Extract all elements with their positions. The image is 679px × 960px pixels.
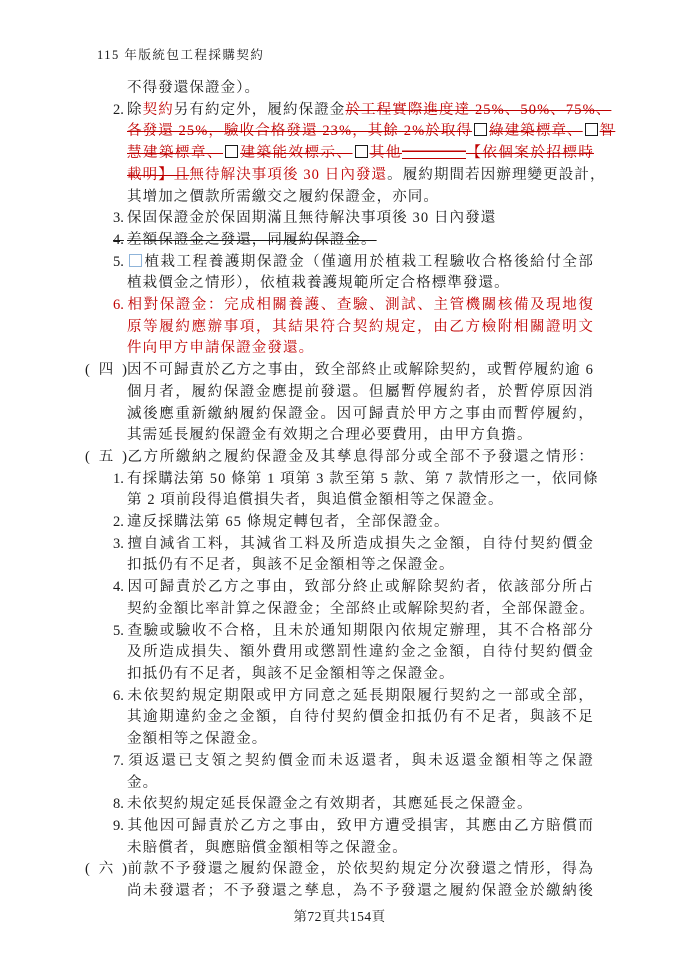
text-segment: 載明】且 (127, 167, 189, 183)
text-segment: 除 (127, 102, 143, 118)
text-segment: 原等履約應辦事項，其結果符合契約規定，由乙方檢附相關證明文 (127, 319, 594, 335)
text-line: 件向甲方申請保證金發還。 (0, 338, 679, 360)
text-segment: 未依契約規定期限或甲方同意之延長期限履行契約之一部或全部， (127, 688, 594, 704)
text-segment: 金。 (127, 775, 158, 791)
text-segment: 相對保證金：完成相關養護、查驗、測試、主管機關核備及現地復 (127, 297, 594, 313)
text-line: 5.查驗或驗收不合格，且未於通知期限內依規定辦理，其不合格部分 (0, 621, 679, 643)
checkbox-icon (474, 123, 487, 136)
text-line: 未賠償者，與應賠償金額相等之保證金。 (0, 838, 679, 860)
list-marker: 4. (113, 577, 127, 599)
text-line: 個月者，履約保證金應提前發還。但屬暫停履約者，於暫停原因消 (0, 382, 679, 404)
list-marker: 5. (113, 621, 127, 643)
text-segment: 植栽工程養護期保證金（僅適用於植栽工程驗收合格後給付全部 (144, 254, 594, 270)
text-line: 6.相對保證金：完成相關養護、查驗、測試、主管機關核備及現地復 (0, 295, 679, 317)
text-segment: 扣抵仍有不足者，與該不足金額相等之保證金。 (127, 557, 455, 573)
checkbox-icon (585, 123, 598, 136)
text-line: 慧建築標章、建築能效標示、其他【依個案於招標時 (0, 143, 679, 165)
list-marker: 3. (113, 534, 127, 556)
text-line: 尚未發還者；不予發還之孳息，為不予發還之履約保證金於繳納後 (0, 881, 679, 903)
text-segment: 。履約期間若因辦理變更設計， (387, 167, 605, 183)
text-segment: 因可歸責於乙方之事由，致部分終止或解除契約者，依該部分所占 (127, 579, 594, 595)
text-segment: 未賠償者，與應賠償金額相等之保證金。 (127, 840, 408, 856)
text-line: 原等履約應辦事項，其結果符合契約規定，由乙方檢附相關證明文 (0, 317, 679, 339)
text-segment: 【依個案於招標時 (466, 145, 594, 161)
text-segment: 及所造成損失、額外費用或懲罰性違約金之金額，自待付契約價金 (127, 644, 594, 660)
text-line: 載明】且無待解決事項後 30 日內發還。履約期間若因辦理變更設計， (0, 165, 679, 187)
text-segment: 擅自減省工料，其減省工料及所造成損失之金額，自待付契約價金 (127, 536, 594, 552)
list-marker: 2. (113, 512, 127, 534)
text-segment: 其逾期違約金之金額，自待付契約價金扣抵仍有不足者，與該不足 (127, 709, 594, 725)
text-line: 6.未依契約規定期限或甲方同意之延長期限履行契約之一部或全部， (0, 686, 679, 708)
text-segment: 無待解決事項後 30 日內發還 (189, 167, 387, 183)
text-line: 5.植栽工程養護期保證金（僅適用於植栽工程驗收合格後給付全部 (0, 252, 679, 274)
text-line: 滅後應重新繳納履約保證金。因可歸責於甲方之事由而暫停履約， (0, 404, 679, 426)
text-line: 契約金額比率計算之保證金；全部終止或解除契約者，全部保證金。 (0, 599, 679, 621)
text-segment: 不得發還保證金）。 (127, 80, 260, 96)
document-header: 115 年版統包工程採購契約 (97, 45, 264, 63)
text-line: 2.除契約另有約定外，履約保證金於工程實際進度達 25%、50%、75%、 (0, 100, 679, 122)
text-line: 扣抵仍有不足者，與該不足金額相等之保證金。 (0, 555, 679, 577)
text-line: 植栽價金之情形），依植栽養護規範所定合格標準發還。 (0, 273, 679, 295)
list-marker: 7. (113, 751, 127, 773)
text-segment: 個月者，履約保證金應提前發還。但屬暫停履約者，於暫停原因消 (127, 384, 594, 400)
checkbox-icon (355, 145, 368, 158)
list-marker: 3. (113, 208, 127, 230)
text-segment: 植栽價金之情形），依植栽養護規範所定合格標準發還。 (127, 275, 510, 291)
text-segment: 其他因可歸責於乙方之事由，致甲方遭受損害，其應由乙方賠償而 (127, 818, 594, 834)
list-marker: (五) (85, 447, 127, 469)
text-line: 其增加之價款所需繳交之履約保證金，亦同。 (0, 187, 679, 209)
text-line: 1.有採購法第 50 條第 1 項第 3 款至第 5 款、第 7 款情形之一，依… (0, 469, 679, 491)
text-segment: 金額相等之保證金。 (127, 731, 267, 747)
text-segment: 因不可歸責於乙方之事由，致全部終止或解除契約，或暫停履約逾 6 (127, 362, 594, 378)
text-segment: 慧建築標章、 (127, 145, 223, 161)
list-marker: 5. (113, 252, 127, 274)
text-segment: 建築能效標示、 (240, 145, 352, 161)
text-segment: 保固保證金於保固期滿且無待解決事項後 30 日內發還 (127, 210, 496, 226)
text-line: 第 2 項前段得追償損失者，與追償金額相等之保證金。 (0, 490, 679, 512)
text-line: 金額相等之保證金。 (0, 729, 679, 751)
text-segment: 契約金額比率計算之保證金；全部終止或解除契約者，全部保證金。 (127, 601, 595, 617)
text-line: 其需延長履約保證金有效期之合理必要費用，由甲方負擔。 (0, 425, 679, 447)
fill-in-blank (402, 144, 466, 159)
text-segment: 契約 (143, 102, 174, 118)
text-segment: 有採購法第 50 條第 1 項第 3 款至第 5 款、第 7 款情形之一，依同條 (127, 471, 599, 487)
text-line: 不得發還保證金）。 (0, 78, 679, 100)
text-segment: 另有約定外，履約保證金 (174, 102, 346, 118)
text-line: 及所造成損失、額外費用或懲罰性違約金之金額，自待付契約價金 (0, 642, 679, 664)
checkbox-icon (225, 145, 238, 158)
text-line: 3.保固保證金於保固期滿且無待解決事項後 30 日內發還 (0, 208, 679, 230)
text-line: (五)乙方所繳納之履約保證金及其孳息得部分或全部不予發還之情形： (0, 447, 679, 469)
list-marker: (四) (85, 360, 127, 382)
text-segment: 各發還 25%，驗收合格發還 23%，其餘 2%於取得 (127, 123, 472, 139)
text-segment: 前款不予發還之履約保證金，於依契約規定分次發還之情形，得為 (127, 861, 594, 877)
text-line: 2.違反採購法第 65 條規定轉包者，全部保證金。 (0, 512, 679, 534)
text-segment: 乙方所繳納之履約保證金及其孳息得部分或全部不予發還之情形： (127, 449, 594, 465)
text-line: 其逾期違約金之金額，自待付契約價金扣抵仍有不足者，與該不足 (0, 707, 679, 729)
list-marker: 2. (113, 100, 127, 122)
text-line: 9.其他因可歸責於乙方之事由，致甲方遭受損害，其應由乙方賠償而 (0, 816, 679, 838)
text-segment: 其需延長履約保證金有效期之合理必要費用，由甲方負擔。 (127, 427, 533, 443)
text-segment: 滅後應重新繳納履約保證金。因可歸責於甲方之事由而暫停履約， (127, 406, 594, 422)
text-segment: 智 (600, 123, 616, 139)
text-line: 4.因可歸責於乙方之事由，致部分終止或解除契約者，依該部分所占 (0, 577, 679, 599)
document-body: 不得發還保證金）。2.除契約另有約定外，履約保證金於工程實際進度達 25%、50… (0, 78, 679, 903)
text-line: 各發還 25%，驗收合格發還 23%，其餘 2%於取得綠建築標章、智 (0, 121, 679, 143)
text-segment: 未依契約規定延長保證金之有效期者，其應延長之保證金。 (127, 796, 533, 812)
list-marker: 9. (113, 816, 127, 838)
list-marker: 6. (113, 686, 127, 708)
text-segment: 綠建築標章、 (489, 123, 583, 139)
text-segment: 尚未發還者；不予發還之孳息，為不予發還之履約保證金於繳納後 (127, 883, 594, 899)
text-line: 金。 (0, 773, 679, 795)
text-segment: 其他 (370, 145, 402, 161)
text-line: 3.擅自減省工料，其減省工料及所造成損失之金額，自待付契約價金 (0, 534, 679, 556)
page-number: 第72頁共154頁 (0, 905, 679, 925)
text-segment: 差額保證金之發還，同履約保證金。 (127, 232, 377, 248)
list-marker: 4. (113, 230, 127, 252)
text-segment: 扣抵仍有不足者，與該不足金額相等之保證金。 (127, 666, 455, 682)
text-segment: 第 2 項前段得追償損失者，與追償金額相等之保證金。 (127, 492, 504, 508)
text-line: (六)前款不予發還之履約保證金，於依契約規定分次發還之情形，得為 (0, 859, 679, 881)
text-segment: 查驗或驗收不合格，且未於通知期限內依規定辦理，其不合格部分 (127, 623, 594, 639)
list-marker: 6. (113, 295, 127, 317)
list-marker: (六) (85, 859, 127, 881)
checkbox-icon (129, 254, 142, 267)
text-line: 4.差額保證金之發還，同履約保證金。 (0, 230, 679, 252)
text-line: (四)因不可歸責於乙方之事由，致全部終止或解除契約，或暫停履約逾 6 (0, 360, 679, 382)
text-segment: 於工程實際進度達 25%、50%、75%、 (345, 102, 611, 118)
list-marker: 1. (113, 469, 127, 491)
text-line: 8.未依契約規定延長保證金之有效期者，其應延長之保證金。 (0, 794, 679, 816)
text-segment: 其增加之價款所需繳交之履約保證金，亦同。 (127, 189, 439, 205)
text-line: 7.須返還已支領之契約價金而未返還者，與未返還金額相等之保證 (0, 751, 679, 773)
text-segment: 須返還已支領之契約價金而未返還者，與未返還金額相等之保證 (127, 753, 594, 769)
text-segment: 件向甲方申請保證金發還。 (127, 340, 314, 356)
list-marker: 8. (113, 794, 127, 816)
text-segment: 違反採購法第 65 條規定轉包者，全部保證金。 (127, 514, 450, 530)
text-line: 扣抵仍有不足者，與該不足金額相等之保證金。 (0, 664, 679, 686)
